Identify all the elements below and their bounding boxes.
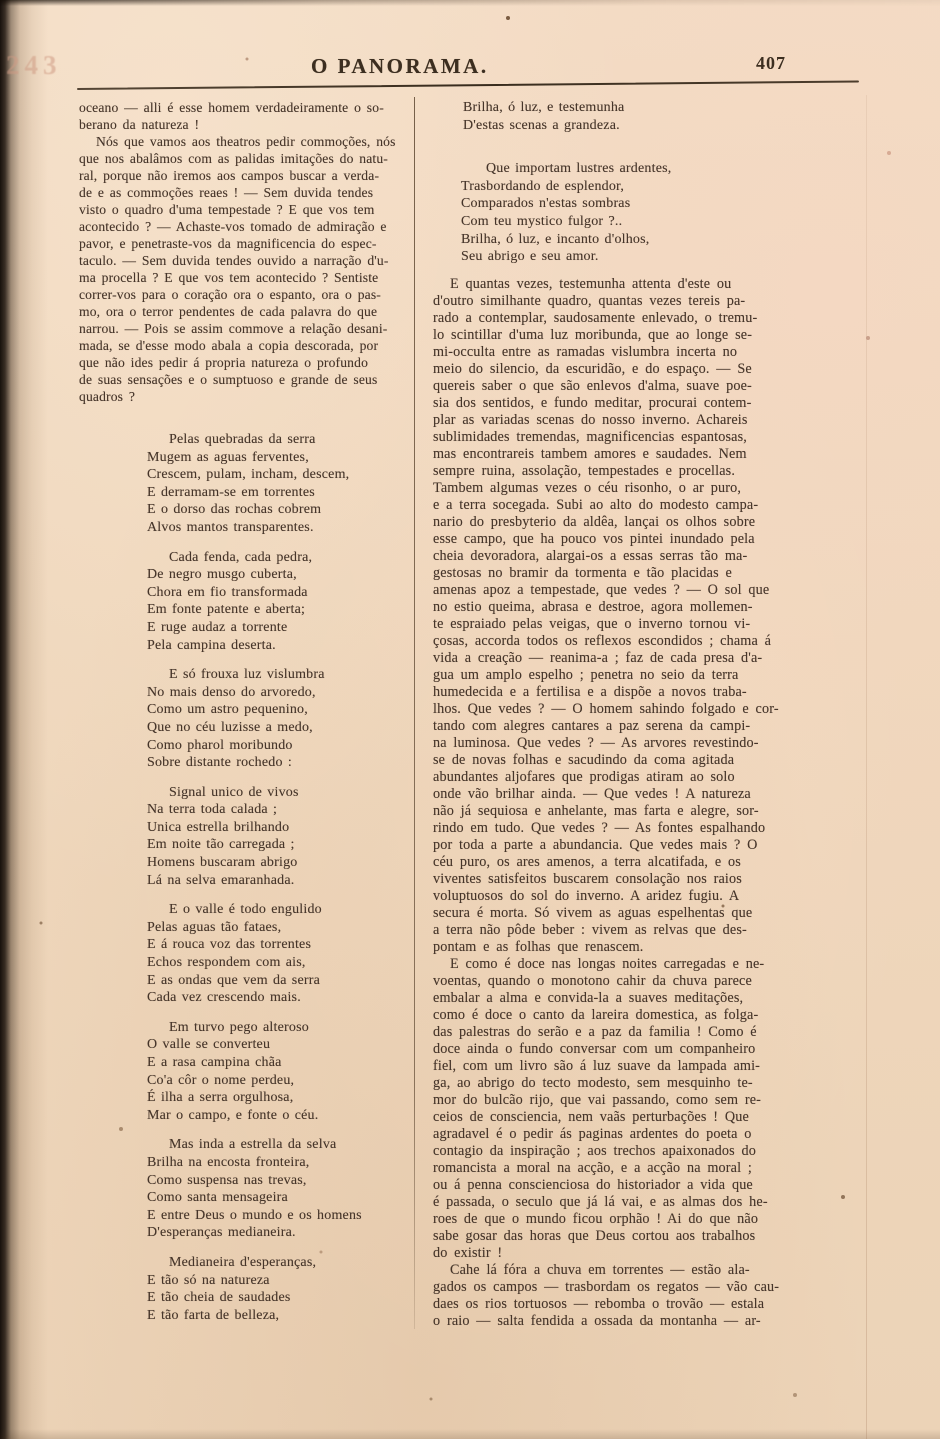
page-bottom-edge — [0, 1429, 940, 1439]
paper-speckles — [0, 0, 2, 2]
poem-stanza: E só frouxa luz vislumbra No mais denso … — [147, 666, 415, 772]
book-page: { "page": { "title": "O PANORAMA.", "pag… — [0, 0, 940, 1439]
poem-stanza-ending: Brilha, ó luz, e testemunha D'estas scen… — [463, 99, 821, 134]
page-top-edge — [0, 0, 940, 6]
show-through-number: 243 — [6, 50, 62, 81]
prose-paragraph-continuation: oceano — alli é esse homem verdadeiramen… — [79, 99, 415, 133]
page-number: 407 — [756, 53, 786, 74]
poem-stanza: Em turvo pego alteroso O valle se conver… — [147, 1019, 415, 1125]
left-column: oceano — alli é esse homem verdadeiramen… — [79, 99, 415, 1324]
right-column: Brilha, ó luz, e testemunha D'estas scen… — [433, 99, 821, 1330]
poem-stanza: Que importam lustres ardentes, Trasborda… — [461, 160, 821, 266]
prose-paragraph: E como é doce nas longas noites carregad… — [433, 956, 821, 1262]
poem-stanza: Pelas quebradas da serra Mugem as aguas … — [147, 431, 415, 537]
poem-stanza: Cada fenda, cada pedra, De negro musgo c… — [147, 549, 415, 655]
header-rule — [77, 80, 859, 90]
binding-shadow — [0, 0, 48, 1439]
prose-paragraph: E quantas vezes, testemunha attenta d'es… — [433, 276, 821, 956]
prose-paragraph: Nós que vamos aos theatros pedir commoçõ… — [79, 133, 415, 405]
page-crease — [866, 95, 867, 1439]
poem-stanza: E o valle é todo engulido Pelas aguas tã… — [147, 901, 415, 1007]
poem-stanza: Medianeira d'esperanças, E tão só na nat… — [147, 1254, 415, 1324]
poem-stanza: Mas inda a estrella da selva Brilha na e… — [147, 1136, 415, 1242]
journal-title: O PANORAMA. — [311, 54, 489, 79]
prose-paragraph: Cahe lá fóra a chuva em torrentes — estã… — [433, 1262, 821, 1330]
poem-stanza: Signal unico de vivos Na terra toda cala… — [147, 784, 415, 890]
